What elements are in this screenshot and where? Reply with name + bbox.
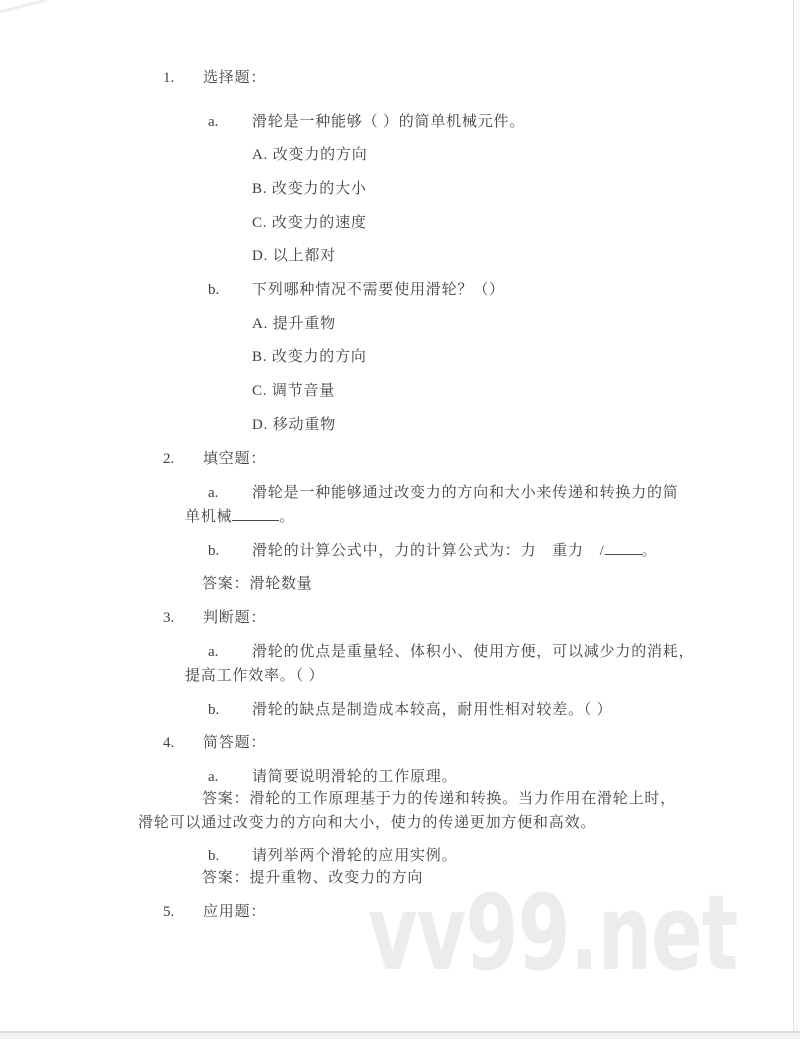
- question-3-header: 3.判断题：: [0, 607, 800, 629]
- question-1-title: 选择题：: [203, 70, 266, 86]
- question-4b: b.请列举两个滑轮的应用实例。: [0, 845, 800, 867]
- option-q1a-B: B. 改变力的大小: [0, 178, 800, 200]
- option-q1a-D: D. 以上都对: [0, 245, 800, 267]
- question-4a-answer-line2: 滑轮可以通过改变力的方向和大小，使力的传递更加方便和高效。: [0, 812, 800, 834]
- question-1a-text: 滑轮是一种能够（ ）的简单机械元件。: [252, 114, 525, 130]
- option-q1a-C: C. 改变力的速度: [0, 212, 800, 234]
- question-2-header: 2.填空题：: [0, 448, 800, 470]
- question-1b: b.下列哪种情况不需要使用滑轮？（）: [0, 279, 800, 301]
- option-q1b-B: B. 改变力的方向: [0, 346, 800, 368]
- question-3b: b.滑轮的缺点是制造成本较高，耐用性相对较差。（ ）: [0, 699, 800, 721]
- question-1b-letter: b.: [208, 279, 252, 301]
- blank-line: [232, 506, 279, 521]
- question-2b-period: 。: [642, 543, 658, 559]
- option-q1a-A: A. 改变力的方向: [0, 144, 800, 166]
- question-5-title: 应用题：: [203, 904, 266, 920]
- question-4a: a.请简要说明滑轮的工作原理。: [0, 766, 800, 788]
- question-4b-letter: b.: [208, 845, 252, 867]
- question-3b-letter: b.: [208, 699, 252, 721]
- question-2a-letter: a.: [208, 482, 252, 504]
- question-2b-text: 滑轮的计算公式中，力的计算公式为：力 重力 /: [252, 543, 605, 559]
- scan-bottom-edge: [0, 1031, 800, 1039]
- question-3-number: 3.: [163, 607, 203, 629]
- question-4-number: 4.: [163, 732, 203, 754]
- question-3a-line2: 提高工作效率。（ ）: [0, 665, 800, 687]
- question-1b-text: 下列哪种情况不需要使用滑轮？（）: [252, 282, 505, 298]
- question-2a-text-continued: 单机械: [185, 509, 232, 525]
- question-3a-letter: a.: [208, 641, 252, 663]
- question-4a-letter: a.: [208, 766, 252, 788]
- question-3a-line1: a.滑轮的优点是重量轻、体积小、使用方便，可以减少力的消耗，: [0, 641, 800, 663]
- question-2-number: 2.: [163, 448, 203, 470]
- question-4-header: 4.简答题：: [0, 732, 800, 754]
- question-5-number: 5.: [163, 901, 203, 923]
- question-4-title: 简答题：: [203, 735, 266, 751]
- question-2a-line2: 单机械。: [0, 506, 800, 528]
- option-q1b-C: C. 调节音量: [0, 380, 800, 402]
- question-2b: b.滑轮的计算公式中，力的计算公式为：力 重力 /。: [0, 540, 800, 562]
- worksheet-page: { "page": { "watermark": "vv99.net" }, "…: [0, 0, 800, 1039]
- question-2a-text: 滑轮是一种能够通过改变力的方向和大小来传递和转换力的简: [252, 485, 679, 501]
- question-3-title: 判断题：: [203, 610, 266, 626]
- blank-line: [605, 540, 642, 555]
- question-1-header: 1.选择题：: [0, 67, 800, 89]
- question-2-title: 填空题：: [203, 451, 266, 467]
- option-q1b-D: D. 移动重物: [0, 414, 800, 436]
- question-3a-text: 滑轮的优点是重量轻、体积小、使用方便，可以减少力的消耗，: [252, 644, 694, 660]
- question-1-number: 1.: [163, 67, 203, 89]
- question-4b-text: 请列举两个滑轮的应用实例。: [252, 848, 457, 864]
- site-watermark: vv99.net: [368, 881, 737, 985]
- question-2b-letter: b.: [208, 540, 252, 562]
- question-3b-text: 滑轮的缺点是制造成本较高，耐用性相对较差。（ ）: [252, 702, 612, 718]
- question-4a-answer-line1: 答案：滑轮的工作原理基于力的传递和转换。当力作用在滑轮上时，: [0, 788, 800, 810]
- question-4a-text: 请简要说明滑轮的工作原理。: [252, 769, 457, 785]
- scan-right-edge: [793, 0, 800, 1039]
- question-2a-line1: a.滑轮是一种能够通过改变力的方向和大小来传递和转换力的简: [0, 482, 800, 504]
- option-q1b-A: A. 提升重物: [0, 313, 800, 335]
- question-2-answer: 答案：滑轮数量: [0, 573, 800, 595]
- question-2a-period: 。: [279, 509, 295, 525]
- question-1a: a.滑轮是一种能够（ ）的简单机械元件。: [0, 111, 800, 133]
- question-1a-letter: a.: [208, 111, 252, 133]
